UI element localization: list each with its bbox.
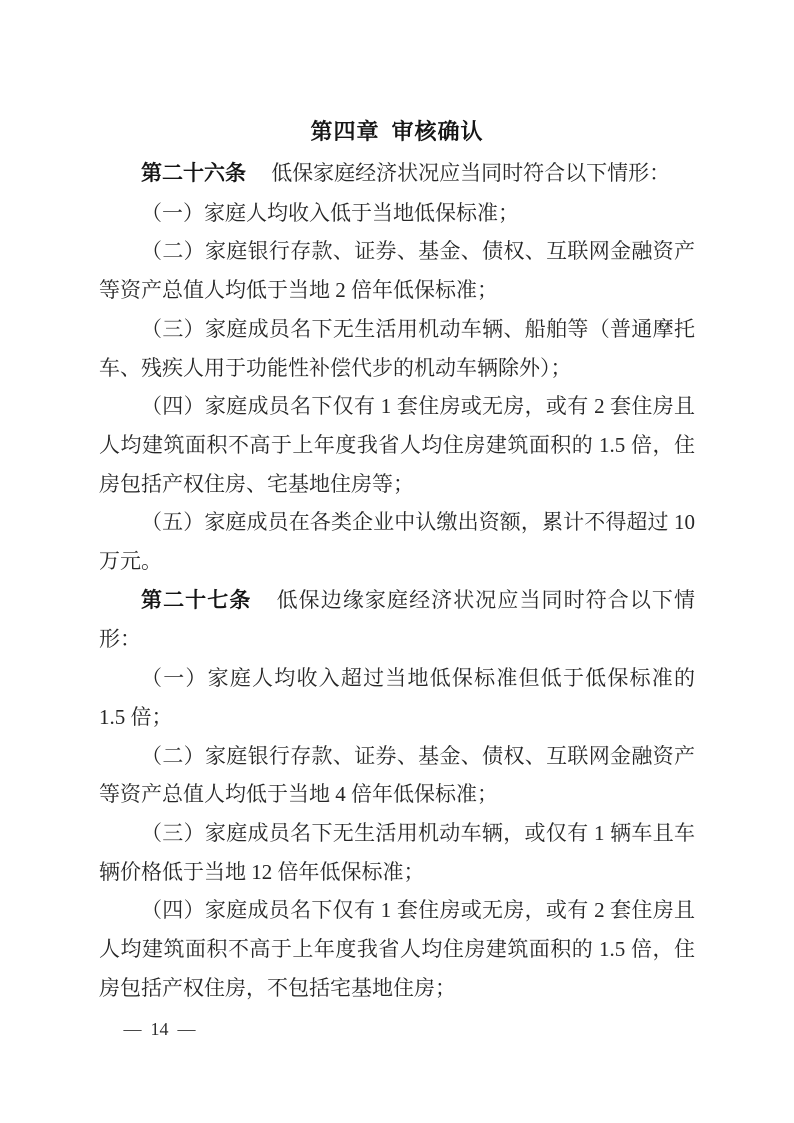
- page-number: 14: [151, 1019, 169, 1039]
- article-26-item-3: （三）家庭成员名下无生活用机动车辆、船舶等（普通摩托车、残疾人用于功能性补偿代步…: [99, 310, 695, 387]
- article-27-item-3: （三）家庭成员名下无生活用机动车辆，或仅有 1 辆车且车辆价格低于当地 12 倍…: [99, 814, 695, 891]
- article-26-item-5: （五）家庭成员在各类企业中认缴出资额，累计不得超过 10 万元。: [99, 503, 695, 580]
- chapter-title: 第四章 审核确认: [99, 110, 695, 154]
- article-26-heading: 第二十六条低保家庭经济状况应当同时符合以下情形：: [99, 154, 695, 194]
- document-page: 第四章 审核确认 第二十六条低保家庭经济状况应当同时符合以下情形： （一）家庭人…: [0, 0, 794, 1123]
- article-26-item-4: （四）家庭成员名下仅有 1 套住房或无房，或有 2 套住房且人均建筑面积不高于上…: [99, 387, 695, 503]
- article-26-item-2: （二）家庭银行存款、证券、基金、债权、互联网金融资产等资产总值人均低于当地 2 …: [99, 232, 695, 309]
- article-26-item-1: （一）家庭人均收入低于当地低保标准；: [99, 194, 695, 233]
- article-27-item-2: （二）家庭银行存款、证券、基金、债权、互联网金融资产等资产总值人均低于当地 4 …: [99, 737, 695, 814]
- footer-dash-right: —: [178, 1019, 196, 1039]
- document-content: 第四章 审核确认 第二十六条低保家庭经济状况应当同时符合以下情形： （一）家庭人…: [99, 110, 695, 1007]
- article-27-number: 第二十七条: [141, 589, 251, 612]
- article-27-item-1: （一）家庭人均收入超过当地低保标准但低于低保标准的 1.5 倍；: [99, 659, 695, 736]
- article-27-item-4: （四）家庭成员名下仅有 1 套住房或无房，或有 2 套住房且人均建筑面积不高于上…: [99, 891, 695, 1007]
- article-26-intro: 低保家庭经济状况应当同时符合以下情形：: [271, 161, 670, 185]
- page-footer: —14—: [119, 1016, 200, 1042]
- article-27-heading: 第二十七条低保边缘家庭经济状况应当同时符合以下情形：: [99, 581, 695, 659]
- article-26-number: 第二十六条: [141, 162, 246, 185]
- footer-dash-left: —: [124, 1019, 142, 1039]
